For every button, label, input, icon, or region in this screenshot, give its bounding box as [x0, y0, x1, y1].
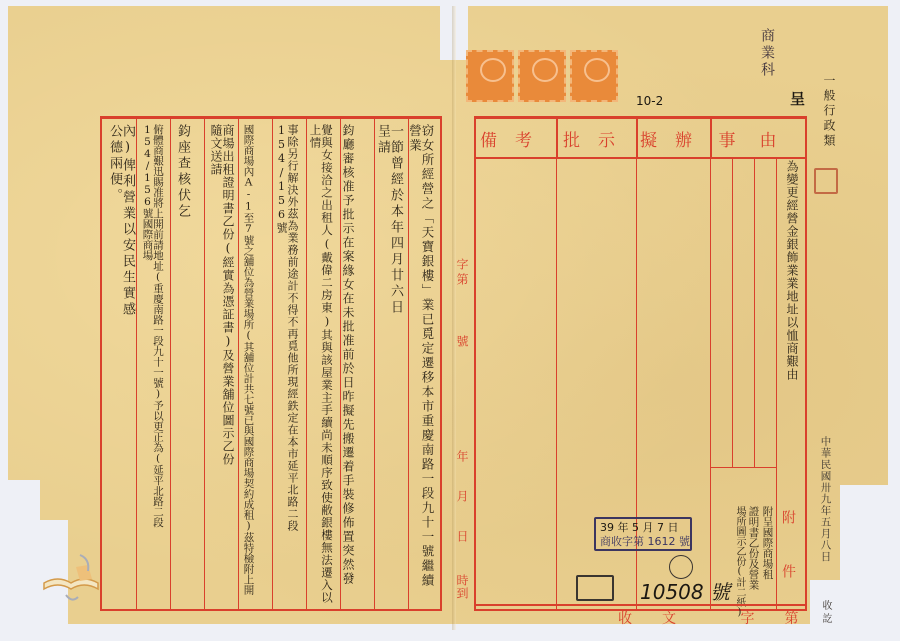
- receipt-number: 商收字第 1612 號: [600, 533, 690, 549]
- torn-edge-left: [0, 480, 40, 641]
- label-zi-di: 字第: [456, 258, 468, 288]
- petition-column-10: 內)俾利營業以安民生實感公德兩便。: [108, 124, 134, 324]
- petition-column-6: 國際商場內A-1至7號之舖位為營業場所(其舖位計共七號已與國際商場契約成租)茲特…: [243, 124, 254, 604]
- petition-column-2: 一節曾經於本年四月廿六日呈請: [376, 124, 402, 324]
- header-subject: 事由: [710, 119, 807, 157]
- subject-text: 為變更經營金銀飾業業地址以恤商艱由: [786, 160, 798, 420]
- attachment-line-3: 場所圖示乙份(計二紙): [734, 506, 744, 618]
- label-day: 日: [456, 530, 468, 545]
- petition-column-5: 事除另行解決外茲為業務前途計不得不再覓他所現經鉄定在本市延平北路二段154/15…: [276, 124, 298, 604]
- attachment-label: 附件: [781, 510, 795, 618]
- petition-column-3: 鈞廳審核准予批示在案緣女在未批准前於日昨擬先搬遷着手裝修佈置突然發: [342, 124, 354, 604]
- receipt-stamp: 39 年 5 月 7 日 商收字第 1612 號: [594, 517, 692, 551]
- revenue-stamp-3: [570, 50, 618, 102]
- archive-logo-icon: [36, 545, 106, 605]
- petition-column-1: 窃女所經營之「天寶銀樓」業已覓定遷移本市重慶南路一段九十一號繼續營業: [408, 124, 433, 594]
- petition-column-4: 覺與女接洽之出租人(戴偉二房東)其與該屋業主手續尚未順序致使敝銀樓無法遷入以上情: [309, 124, 332, 604]
- classification: 一般行政類: [823, 74, 835, 149]
- receipt-label: 收文 字第: [618, 608, 828, 628]
- label-month: 月: [456, 490, 468, 505]
- small-seal: [576, 575, 614, 601]
- header-remarks: 備考: [474, 119, 556, 157]
- petition-column-7: 商場出租證明書乙份(經實為憑証書)及營業舖位圖示乙份隨文送請: [210, 124, 234, 474]
- bottom-rule: [474, 604, 807, 606]
- attachment-line-1: 附呈國際商場租: [762, 506, 773, 580]
- label-year: 年: [456, 450, 468, 465]
- header-proposal: 擬辦: [636, 119, 712, 157]
- header-row: 備考 批示 擬辦 事由: [476, 119, 805, 159]
- petition-column-9: 俯體商艱迅賜准將上開前請地址(重慶南路一段九十一號)予以更正為(延平北路二段15…: [142, 124, 163, 604]
- department-stamp: 商業科: [760, 28, 774, 79]
- form-type: 呈: [790, 88, 805, 109]
- label-hao: 號: [456, 335, 468, 350]
- header-instruction: 批示: [556, 119, 638, 157]
- petition-column-8: 鈞座查核伏乞: [176, 124, 189, 244]
- file-number: 10-2: [636, 94, 663, 108]
- label-time-arrived: 時到: [456, 574, 468, 600]
- attachment-line-2: 證明書乙份及營業: [748, 506, 759, 590]
- revenue-stamp-2: [518, 50, 566, 102]
- corner-seal: [814, 168, 838, 194]
- revenue-stamp-1: [466, 50, 514, 102]
- date-stamp: 中華民國卅九年五月八日: [820, 436, 831, 563]
- receipt-file-number: 10508 號: [640, 576, 730, 605]
